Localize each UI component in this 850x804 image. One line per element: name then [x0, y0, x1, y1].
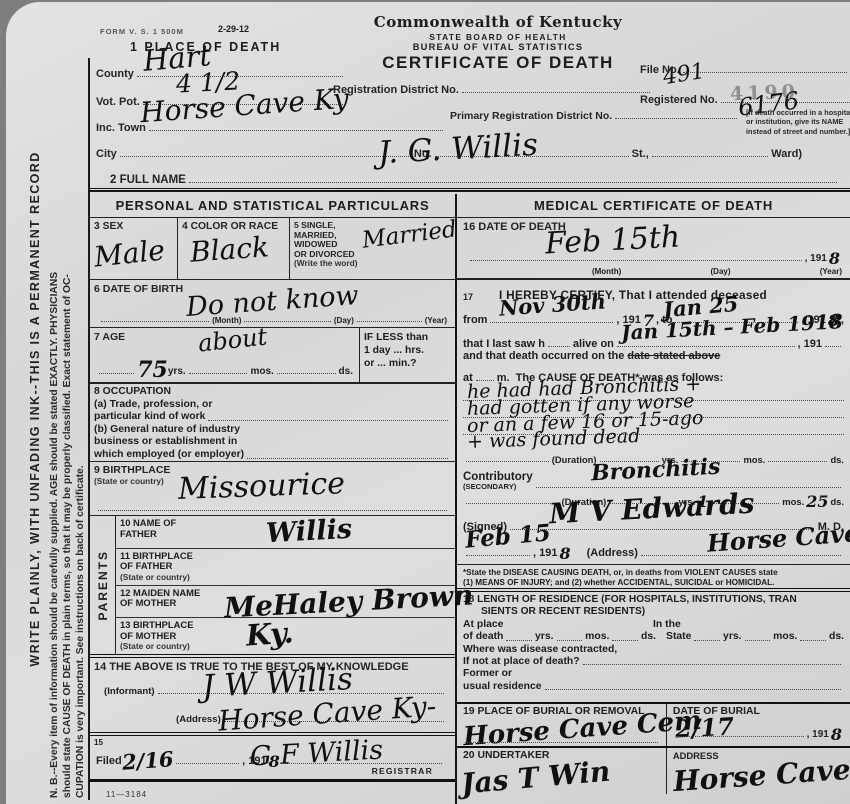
full-name-handwritten-value: J. G. Willis: [377, 130, 538, 169]
margin-note-line2: should state CAUSE OF DEATH in plain ter…: [61, 24, 74, 798]
date-of-death-line: , 191 8: [467, 251, 842, 264]
date-of-death-row: 16 DATE OF DEATH Feb 15th , 191 8 (Month…: [457, 218, 850, 280]
spacer: [731, 267, 820, 276]
bureau-label: BUREAU OF VITAL STATISTICS: [363, 42, 633, 52]
occupation-a-label: particular kind of work: [94, 411, 205, 424]
mos-label: mos.: [585, 631, 609, 643]
inc-town-value: Horse Cave Ky: [139, 85, 349, 128]
mos-label: mos.: [250, 366, 273, 377]
date-of-birth-label: 6 DATE OF BIRTH: [94, 283, 183, 295]
dotted-line: [652, 155, 768, 157]
registered-no-label: Registered No.: [640, 94, 718, 106]
contributory-label: Contributory: [463, 473, 533, 482]
occupation-b-line2: business or establishment in: [94, 436, 451, 449]
registration-district-label: Registration District No.: [333, 84, 459, 96]
ds-label: ds.: [830, 454, 844, 465]
sex-cell: 3 SEX Male: [90, 218, 178, 279]
file-no-label: File No.: [640, 64, 680, 76]
parents-block: PARENTS 10 NAME OF FATHER Willis 11 BIRT…: [90, 516, 455, 658]
state-board-label: STATE BOARD OF HEALTH: [363, 32, 633, 42]
contributory-label-group: Contributory (SECONDARY): [463, 473, 533, 491]
year-printed: , 191: [807, 729, 829, 740]
dotted-line: [470, 259, 802, 261]
if-less-than-box: IF LESS than 1 day ... hrs. or ... min.?: [359, 328, 455, 382]
spacer: [467, 267, 592, 276]
dotted-line: [557, 639, 583, 641]
medical-certify-block: 17 I HEREBY CERTIFY, That I attended dec…: [457, 280, 850, 564]
dotted-line: [466, 502, 559, 504]
dotted-line: [683, 71, 847, 73]
registrar-signature: G F Willis: [249, 737, 383, 771]
if-less-line2: 1 day ... hrs.: [364, 344, 451, 357]
age-years-value: 75: [137, 359, 168, 381]
dotted-line: [120, 155, 411, 157]
year-printed: , 191: [805, 253, 827, 264]
informant-label: (Informant): [104, 686, 155, 697]
usual-residence-label: usual residence: [463, 681, 542, 693]
length-of-residence-block: 18 LENGTH OF RESIDENCE (FOR HOSPITALS, I…: [457, 592, 850, 704]
dotted-line: [536, 486, 841, 488]
county-label: County: [96, 68, 134, 80]
filed-block: 15 Filed 2/16 , 191 8 G F Willis REGISTR…: [90, 736, 455, 782]
undertaker-address-cell: ADDRESS Horse Cave: [667, 748, 850, 794]
dotted-line: [612, 639, 638, 641]
medical-certificate-column: MEDICAL CERTIFICATE OF DEATH 16 DATE OF …: [457, 194, 850, 804]
dotted-line: [189, 372, 248, 374]
signed-year-digit: 8: [559, 546, 570, 562]
dotted-line: [466, 554, 530, 556]
dotted-line: [98, 510, 447, 511]
burial-year-line: , 191 8: [673, 727, 844, 740]
mos-label: mos.: [773, 631, 797, 643]
ward-label: Ward): [771, 148, 802, 160]
dotted-line: [615, 117, 737, 119]
filed-date-value: 2/16: [121, 748, 174, 773]
sex-label: 3 SEX: [94, 221, 123, 232]
place-of-burial-cell: 19 PLACE OF BURIAL OR REMOVAL Horse Cave…: [457, 704, 667, 746]
personal-particulars-column: PERSONAL AND STATISTICAL PARTICULARS 3 S…: [90, 194, 457, 804]
age-label: 7 AGE: [94, 331, 125, 343]
marital-cell: 5 SINGLE, MARRIED, WIDOWED OR DIVORCED (…: [290, 218, 455, 279]
year-hint: (Year): [425, 316, 447, 325]
death-occurred-line: and that death occurred on the date stat…: [463, 350, 844, 367]
occupation-a-line2: particular kind of work: [94, 411, 451, 424]
occupation-b-label: which employed (or employer): [94, 449, 244, 462]
primary-registration-field: Primary Registration District No.: [450, 110, 740, 122]
occupation-label: 8 OCCUPATION: [94, 386, 451, 399]
father-name-value: Willis: [265, 516, 352, 547]
dotted-line: [676, 735, 804, 737]
city-label: City: [96, 148, 117, 160]
form-revision-date: 2-29-12: [218, 24, 249, 34]
mother-birthplace-value: Ky.: [245, 619, 294, 651]
cause-line-4: + was found dead: [463, 435, 844, 452]
dotted-line: [548, 345, 570, 347]
parents-vertical-label-cell: PARENTS: [90, 516, 116, 654]
dotted-line: [490, 321, 613, 323]
commonwealth-title: Commonwealth of Kentucky: [363, 13, 633, 31]
footnote-line2: (1) MEANS OF INJURY; and (2) whether ACC…: [463, 578, 844, 588]
month-day-year-hints: (Month) (Day) (Year): [467, 267, 842, 276]
physician-signature: M V Edwards: [548, 490, 755, 529]
residence-label-line1: 18 LENGTH OF RESIDENCE (FOR HOSPITALS, I…: [463, 594, 844, 606]
dotted-line: [465, 742, 658, 743]
death-certificate-scan: { "sidebar": { "title": "WRITE PLAINLY, …: [0, 0, 850, 804]
cause-text-4: + was found dead: [467, 427, 641, 452]
dotted-line: [745, 639, 771, 641]
if-less-line3: or ... min.?: [364, 357, 451, 370]
print-form-number: 11—3184: [90, 782, 455, 799]
undertaker-row: 20 UNDERTAKER Jas T Win ADDRESS Horse Ca…: [457, 748, 850, 794]
birthplace-value: Missourice: [178, 469, 346, 505]
margin-instruction-note: N. B.--Every item of information should …: [48, 24, 87, 798]
age-units-line: 75 yrs. mos. ds.: [96, 359, 353, 377]
parents-label: PARENTS: [96, 550, 110, 620]
undertaker-signature: Jas T Win: [460, 758, 611, 799]
filed-label: Filed: [96, 755, 122, 767]
ds-label: ds.: [339, 366, 353, 377]
residence-heading-row: At place In the: [463, 619, 844, 631]
disease-contracted-label: If not at place of death?: [463, 656, 580, 668]
full-name-label: 2 FULL NAME: [110, 174, 186, 186]
margin-note-line3: CUPATION is very important. See instruct…: [74, 24, 87, 798]
signed-address-label: (Address): [587, 547, 638, 559]
disease-contracted-line1: Where was disease contracted,: [463, 644, 844, 656]
undertaker-address-value: Horse Cave: [672, 756, 850, 796]
of-death-label: of death: [463, 631, 503, 643]
yrs-label: yrs.: [723, 631, 742, 643]
occupation-row: 8 OCCUPATION (a) Trade, profession, or p…: [90, 384, 455, 462]
dotted-line: [545, 688, 841, 690]
father-birthplace-label2: OF FATHER: [120, 561, 451, 572]
registration-district-field: Registration District No.: [333, 84, 653, 96]
contributory-value: Bronchitis: [591, 456, 721, 485]
occupation-b-line3: which employed (or employer): [94, 449, 451, 462]
sex-race-marital-row: 3 SEX Male 4 COLOR OR RACE Black 5 SINGL…: [90, 218, 455, 280]
race-value: Black: [189, 233, 270, 266]
ds-label: ds.: [830, 496, 844, 507]
yrs-label: yrs.: [168, 366, 186, 377]
dotted-line: [768, 460, 827, 462]
voting-precinct-label: Vot. Pot.: [96, 96, 140, 108]
month-day-year-hints: (Month) (Day) (Year): [98, 316, 447, 325]
medical-section-header: MEDICAL CERTIFICATE OF DEATH: [457, 194, 850, 218]
ds-label: ds.: [641, 631, 656, 643]
spacer: [621, 267, 710, 276]
item-17-number: 17: [463, 292, 473, 302]
personal-section-header: PERSONAL AND STATISTICAL PARTICULARS: [90, 194, 455, 218]
dotted-line: [149, 129, 443, 131]
certificate-paper: WRITE PLAINLY, WITH UNFADING INK--THIS I…: [6, 2, 850, 804]
burial-row: 19 PLACE OF BURIAL OR REMOVAL Horse Cave…: [457, 704, 850, 748]
from-label: from: [463, 314, 487, 326]
dotted-line: [99, 372, 134, 374]
dotted-line: [247, 457, 448, 459]
undertaker-label: 20 UNDERTAKER: [463, 750, 549, 761]
signed-date-address-line: , 191 8 (Address) Feb 15 Horse Cave Ky: [463, 533, 844, 559]
day-hint: (Day): [711, 267, 731, 276]
secondary-label: (SECONDARY): [463, 482, 533, 491]
burial-year-digit: 8: [831, 727, 842, 743]
inc-town-label: Inc. Town: [96, 122, 146, 134]
former-residence-line1: Former or: [463, 668, 844, 680]
certificate-header: FORM V. S. 1 500M 2-29-12 1 PLACE OF DEA…: [88, 2, 850, 194]
dotted-line: [176, 762, 239, 764]
residence-units-row: of death yrs. mos. ds. State yrs. mos. d…: [463, 631, 844, 643]
form-number-stamp: FORM V. S. 1 500M: [100, 27, 184, 36]
full-name-field: 2 FULL NAME: [110, 174, 840, 186]
last-saw-alive-line: that I last saw h alive on , 191 Jan 15t…: [463, 326, 844, 350]
state-label: State: [666, 631, 691, 643]
ds-label: ds.: [829, 631, 844, 643]
at-place-label: At place: [463, 619, 503, 631]
mos-label: mos.: [743, 454, 765, 465]
signed-date-value: Feb 15: [464, 521, 551, 551]
dotted-line: [277, 372, 336, 374]
year-printed: , 191: [798, 338, 822, 350]
age-row: 7 AGE about 75 yrs. mos. ds. IF LESS tha…: [90, 328, 455, 384]
dotted-line: [825, 345, 841, 347]
contributory-line: Contributory (SECONDARY) Bronchitis: [463, 465, 844, 491]
birthplace-row: 9 BIRTHPLACE (State or country) Missouri…: [90, 462, 455, 516]
primary-registration-label: Primary Registration District No.: [450, 110, 612, 122]
date-of-birth-row: 6 DATE OF BIRTH Do not know (Month) (Day…: [90, 280, 455, 328]
residence-label-line2: SIENTS OR RECENT RESIDENTS): [463, 606, 844, 618]
dotted-line: [583, 663, 841, 665]
margin-instruction-title: WRITE PLAINLY, WITH UNFADING INK--THIS I…: [28, 24, 42, 794]
if-less-line1: IF LESS than: [364, 331, 451, 344]
address-label: (Address): [176, 714, 221, 725]
death-year-digit: 8: [829, 251, 840, 267]
mother-maiden-name-row: 12 MAIDEN NAME OF MOTHER MeHaley Brown: [116, 586, 455, 619]
occupation-b-line1: (b) General nature of industry: [94, 424, 451, 437]
occurred-text: and that death occurred on the: [463, 350, 624, 362]
dotted-line: [208, 419, 448, 421]
age-about-value: about: [197, 324, 268, 355]
attended-from-value: Nov 30th: [498, 290, 606, 318]
month-hint: (Month): [212, 316, 241, 325]
occupation-a-line1: (a) Trade, profession, or: [94, 399, 451, 412]
certificate-title: CERTIFICATE OF DEATH: [363, 53, 633, 73]
state-country-hint: (State or country): [120, 572, 451, 583]
dotted-line: [800, 639, 826, 641]
last-saw-pre: that I last saw h: [463, 338, 545, 350]
former-residence-line2: usual residence: [463, 681, 844, 693]
dotted-line: [244, 320, 330, 322]
last-saw-post: alive on: [573, 338, 614, 350]
marital-hint: (Write the word): [294, 259, 451, 269]
in-the-label: In the: [653, 619, 681, 631]
dotted-line: [694, 639, 720, 641]
age-main-cell: 7 AGE about 75 yrs. mos. ds.: [90, 328, 359, 382]
race-cell: 4 COLOR OR RACE Black: [178, 218, 290, 279]
father-name-row: 10 NAME OF FATHER Willis: [116, 516, 455, 549]
date-of-burial-cell: DATE OF BURIAL 2/17 , 191 8: [667, 704, 850, 746]
registrar-label: REGISTRAR: [372, 766, 433, 776]
dotted-line: [617, 345, 795, 347]
dotted-line: [357, 320, 422, 322]
year-hint: (Year): [820, 267, 842, 276]
mos-label: mos.: [782, 496, 804, 507]
footnote-line1: *State the DISEASE CAUSING DEATH, or, in…: [463, 568, 844, 578]
street-label: St.,: [632, 148, 649, 160]
form-body: PERSONAL AND STATISTICAL PARTICULARS 3 S…: [90, 194, 850, 804]
undertaker-address-label: ADDRESS: [673, 750, 719, 761]
dotted-line: [101, 320, 209, 322]
dotted-line: [466, 460, 549, 462]
file-no-field: File No.: [640, 64, 850, 76]
month-hint: (Month): [592, 267, 621, 276]
item-15-number: 15: [94, 738, 103, 747]
sex-value: Male: [93, 236, 166, 271]
year-printed: , 191: [533, 547, 557, 559]
dotted-line: [506, 639, 532, 641]
father-birthplace-row: 11 BIRTHPLACE OF FATHER (State or countr…: [116, 549, 455, 586]
informant-block: 14 THE ABOVE IS TRUE TO THE BEST OF MY K…: [90, 658, 455, 736]
mother-birthplace-row: 13 BIRTHPLACE OF MOTHER (State or countr…: [116, 618, 455, 654]
yrs-label: yrs.: [535, 631, 554, 643]
header-divider-rule: [88, 188, 850, 192]
day-hint: (Day): [334, 316, 354, 325]
dotted-line: [462, 91, 650, 93]
parents-rows: 10 NAME OF FATHER Willis 11 BIRTHPLACE O…: [116, 516, 455, 654]
struck-date-stated-above: date stated above: [627, 350, 720, 362]
undertaker-cell: 20 UNDERTAKER Jas T Win: [457, 748, 667, 794]
disease-contracted-line2: If not at place of death?: [463, 656, 844, 668]
margin-note-line1: N. B.--Every item of information should …: [48, 24, 61, 798]
hospital-instruction-note: [If death occurred in a hospital or inst…: [746, 108, 850, 136]
dotted-line: [189, 181, 837, 183]
violent-causes-footnote: *State the DISEASE CAUSING DEATH, or, in…: [457, 564, 850, 592]
